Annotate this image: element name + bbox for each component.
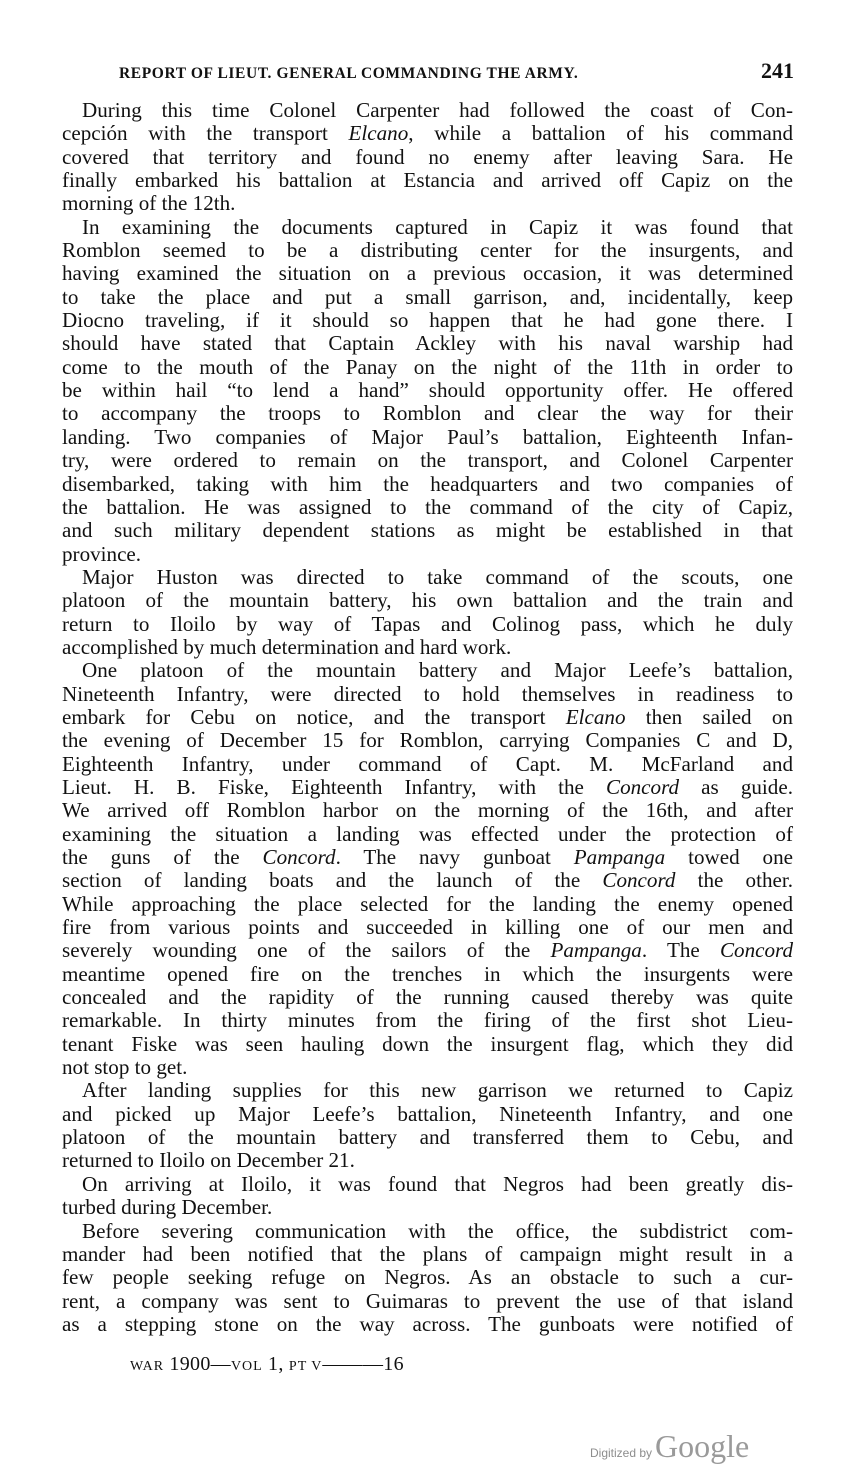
text-line: the evening of December 15 for Romblon, …: [62, 729, 793, 752]
text-line: severely wounding one of the sailors of …: [62, 939, 793, 962]
body-text: During this time Colonel Carpenter had f…: [62, 99, 793, 1336]
text-line: In examining the documents captured in C…: [62, 216, 793, 239]
ship-name: Concord: [263, 845, 336, 869]
watermark-text: Digitized by: [590, 1446, 652, 1460]
ship-name: Elcano: [566, 705, 626, 729]
text-line: finally embarked his battalion at Estanc…: [62, 169, 793, 192]
text-line: cepción with the transport Elcano, while…: [62, 122, 793, 145]
digitized-by-watermark: Digitized by Google: [590, 1428, 749, 1465]
text-line: return to Iloilo by way of Tapas and Col…: [62, 613, 793, 636]
text-line: morning of the 12th.: [62, 192, 793, 215]
ship-name: Concord: [606, 775, 679, 799]
text-line: turbed during December.: [62, 1196, 793, 1219]
text-line: Before severing communication with the o…: [62, 1220, 793, 1243]
text-line: remarkable. In thirty minutes from the f…: [62, 1009, 793, 1032]
text-line: meantime opened fire on the trenches in …: [62, 963, 793, 986]
text-line: On arriving at Iloilo, it was found that…: [62, 1173, 793, 1196]
text-line: not stop to get.: [62, 1056, 793, 1079]
signature-prefix: war: [130, 1359, 164, 1374]
text-line: as a stepping stone on the way across. T…: [62, 1313, 793, 1336]
text-line: come to the mouth of the Panay on the ni…: [62, 356, 793, 379]
signature-vol: vol: [231, 1359, 263, 1374]
text-line: try, were ordered to remain on the trans…: [62, 449, 793, 472]
text-line: Lieut. H. B. Fiske, Eighteenth Infantry,…: [62, 776, 793, 799]
text-line: returned to Iloilo on December 21.: [62, 1149, 793, 1172]
text-line: section of landing boats and the launch …: [62, 869, 793, 892]
text-line: Eighteenth Infantry, under command of Ca…: [62, 753, 793, 776]
text-line: province.: [62, 543, 793, 566]
text-line: platoon of the mountain battery and tran…: [62, 1126, 793, 1149]
text-line: the guns of the Concord. The navy gunboa…: [62, 846, 793, 869]
text-line: be within hail “to lend a hand” should o…: [62, 379, 793, 402]
text-line: to take the place and put a small garris…: [62, 286, 793, 309]
text-line: embark for Cebu on notice, and the trans…: [62, 706, 793, 729]
ship-name: Concord: [602, 868, 675, 892]
text-line: accomplished by much determination and h…: [62, 636, 793, 659]
signature-mark: war 1900—vol 1, pt v———16: [130, 1353, 404, 1376]
signature-pt: pt v: [289, 1359, 322, 1374]
running-head: Report of Lieut. General Commanding the …: [119, 58, 794, 84]
text-line: Nineteenth Infantry, were directed to ho…: [62, 683, 793, 706]
text-line: After landing supplies for this new garr…: [62, 1079, 793, 1102]
page-number: 241: [761, 58, 794, 84]
text-line: Major Huston was directed to take comman…: [62, 566, 793, 589]
signature-year: 1900—: [164, 1353, 231, 1375]
text-line: One platoon of the mountain battery and …: [62, 659, 793, 682]
signature-vol-num: 1,: [263, 1353, 289, 1375]
text-line: During this time Colonel Carpenter had f…: [62, 99, 793, 122]
text-line: few people seeking refuge on Negros. As …: [62, 1266, 793, 1289]
text-line: We arrived off Romblon harbor on the mor…: [62, 799, 793, 822]
ship-name: Pampanga: [550, 938, 641, 962]
text-line: tenant Fiske was seen hauling down the i…: [62, 1033, 793, 1056]
text-line: Romblon seemed to be a distributing cent…: [62, 239, 793, 262]
text-line: fire from various points and succeeded i…: [62, 916, 793, 939]
book-page: Report of Lieut. General Commanding the …: [0, 0, 857, 1482]
text-line: disembarked, taking with him the headqua…: [62, 473, 793, 496]
text-line: having examined the situation on a previ…: [62, 262, 793, 285]
signature-sheet: ———16: [322, 1353, 404, 1375]
text-line: rent, a company was sent to Guimaras to …: [62, 1290, 793, 1313]
text-line: to accompany the troops to Romblon and c…: [62, 402, 793, 425]
text-line: mander had been notified that the plans …: [62, 1243, 793, 1266]
ship-name: Elcano: [349, 121, 409, 145]
ship-name: Pampanga: [574, 845, 665, 869]
text-line: should have stated that Captain Ackley w…: [62, 332, 793, 355]
running-title: Report of Lieut. General Commanding the …: [119, 65, 578, 83]
text-line: and picked up Major Leefe’s battalion, N…: [62, 1103, 793, 1126]
text-line: and such military dependent stations as …: [62, 519, 793, 542]
text-line: Diocno traveling, if it should so happen…: [62, 309, 793, 332]
text-line: covered that territory and found no enem…: [62, 146, 793, 169]
text-line: the battalion. He was assigned to the co…: [62, 496, 793, 519]
text-line: While approaching the place selected for…: [62, 893, 793, 916]
text-line: concealed and the rapidity of the runnin…: [62, 986, 793, 1009]
text-line: platoon of the mountain battery, his own…: [62, 589, 793, 612]
text-line: examining the situation a landing was ef…: [62, 823, 793, 846]
ship-name: Concord: [720, 938, 793, 962]
google-logo: Google: [655, 1428, 749, 1465]
text-line: landing. Two companies of Major Paul’s b…: [62, 426, 793, 449]
